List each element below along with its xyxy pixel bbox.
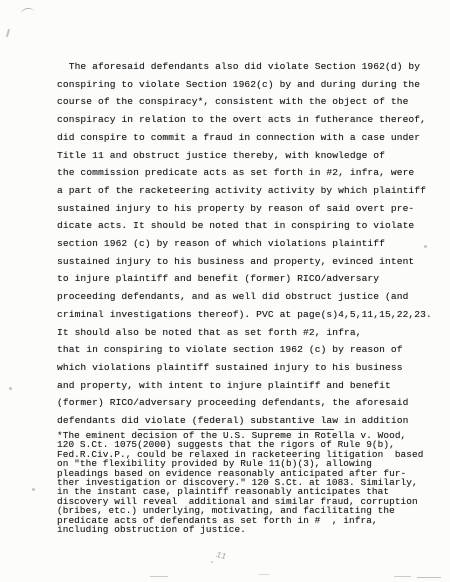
footnote-paragraph: *The eminent decision of the U.S. Suprem… <box>57 431 423 534</box>
scan-speck <box>6 29 10 37</box>
text-line: (former) RICO/adversary proceeding defen… <box>57 394 432 412</box>
text-line: sustained injury to his property by reas… <box>57 200 432 218</box>
text-line: conspiracy in relation to the overt acts… <box>57 111 432 129</box>
text-line: did conspire to commit a fraud in connec… <box>57 129 432 147</box>
text-line: which violations plaintiff sustained inj… <box>57 359 432 377</box>
scan-speck <box>394 576 411 577</box>
scan-speck <box>417 577 441 578</box>
text-line: The aforesaid defendants also did violat… <box>57 58 432 76</box>
document-page: The aforesaid defendants also did violat… <box>0 0 450 582</box>
scan-speck <box>32 488 35 491</box>
body-paragraph: The aforesaid defendants also did violat… <box>57 58 432 430</box>
text-line: Title 11 and obstruct justice thereby, w… <box>57 147 432 165</box>
text-line: course of the conspiracy*, consistent wi… <box>57 93 432 111</box>
text-line: a part of the racketeering activity acti… <box>57 182 432 200</box>
scan-speck <box>150 576 168 577</box>
text-line: It should also be noted that as set fort… <box>57 324 432 342</box>
scan-speck <box>9 387 12 390</box>
text-line: sustained injury to his business and pro… <box>57 253 432 271</box>
scan-speck <box>21 7 35 14</box>
scan-speck <box>258 574 270 575</box>
scan-speck <box>211 561 213 563</box>
text-line: dicate acts. It should be noted that in … <box>57 217 432 235</box>
text-line: to injure plaintiff and benefit (former)… <box>57 270 432 288</box>
text-line: that in conspiring to violate section 19… <box>57 341 432 359</box>
text-line: defendants did violate (federal) substan… <box>57 412 432 430</box>
text-line: including obstruction of justice. <box>57 525 423 534</box>
text-line: conspiring to violate Section 1962(c) by… <box>57 76 432 94</box>
text-line: the commission predicate acts as set for… <box>57 164 432 182</box>
text-line: proceeding defendants, and as well did o… <box>57 288 432 306</box>
page-number: 11 <box>215 550 227 562</box>
text-line: and property, with intent to injure plai… <box>57 377 432 395</box>
text-line: section 1962 (c) by reason of which viol… <box>57 235 432 253</box>
text-line: criminal investigations thereof). PVC at… <box>57 306 432 324</box>
